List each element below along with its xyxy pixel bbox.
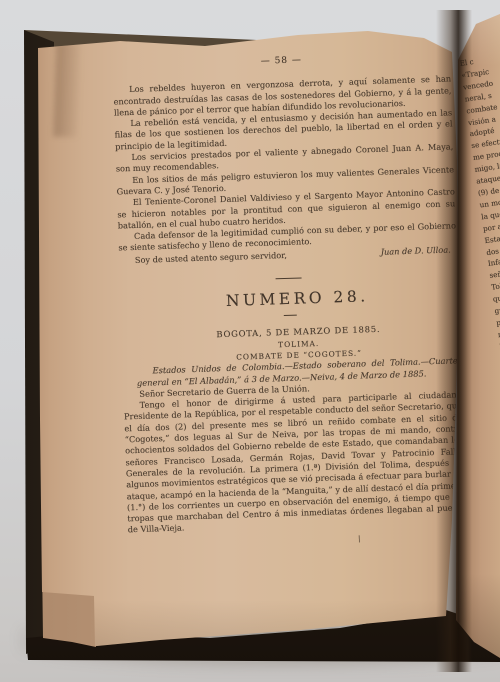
signature: Juan de D. Ulloa. — [381, 244, 451, 258]
section-divider-rule — [276, 277, 302, 279]
title-dash-rule — [283, 315, 296, 316]
letter-body: Tengo el honor de dirigirme á usted para… — [124, 389, 466, 536]
photo: — 58 — Los rebeldes huyeron en vergonzos… — [0, 0, 500, 682]
page-text-block: — 58 — Los rebeldes huyeron en vergonzos… — [112, 44, 466, 552]
book-page: — 58 — Los rebeldes huyeron en vergonzos… — [0, 0, 500, 682]
facing-page: El c«Trapicvencedoneral, scombatevisión … — [450, 6, 500, 666]
gutter-smudge — [53, 42, 80, 138]
page-number: — 58 — — [112, 50, 450, 72]
section-title: NUMERO 28. — [120, 288, 458, 310]
facing-page-text: El c«Trapicvencedoneral, scombatevisión … — [459, 53, 500, 635]
